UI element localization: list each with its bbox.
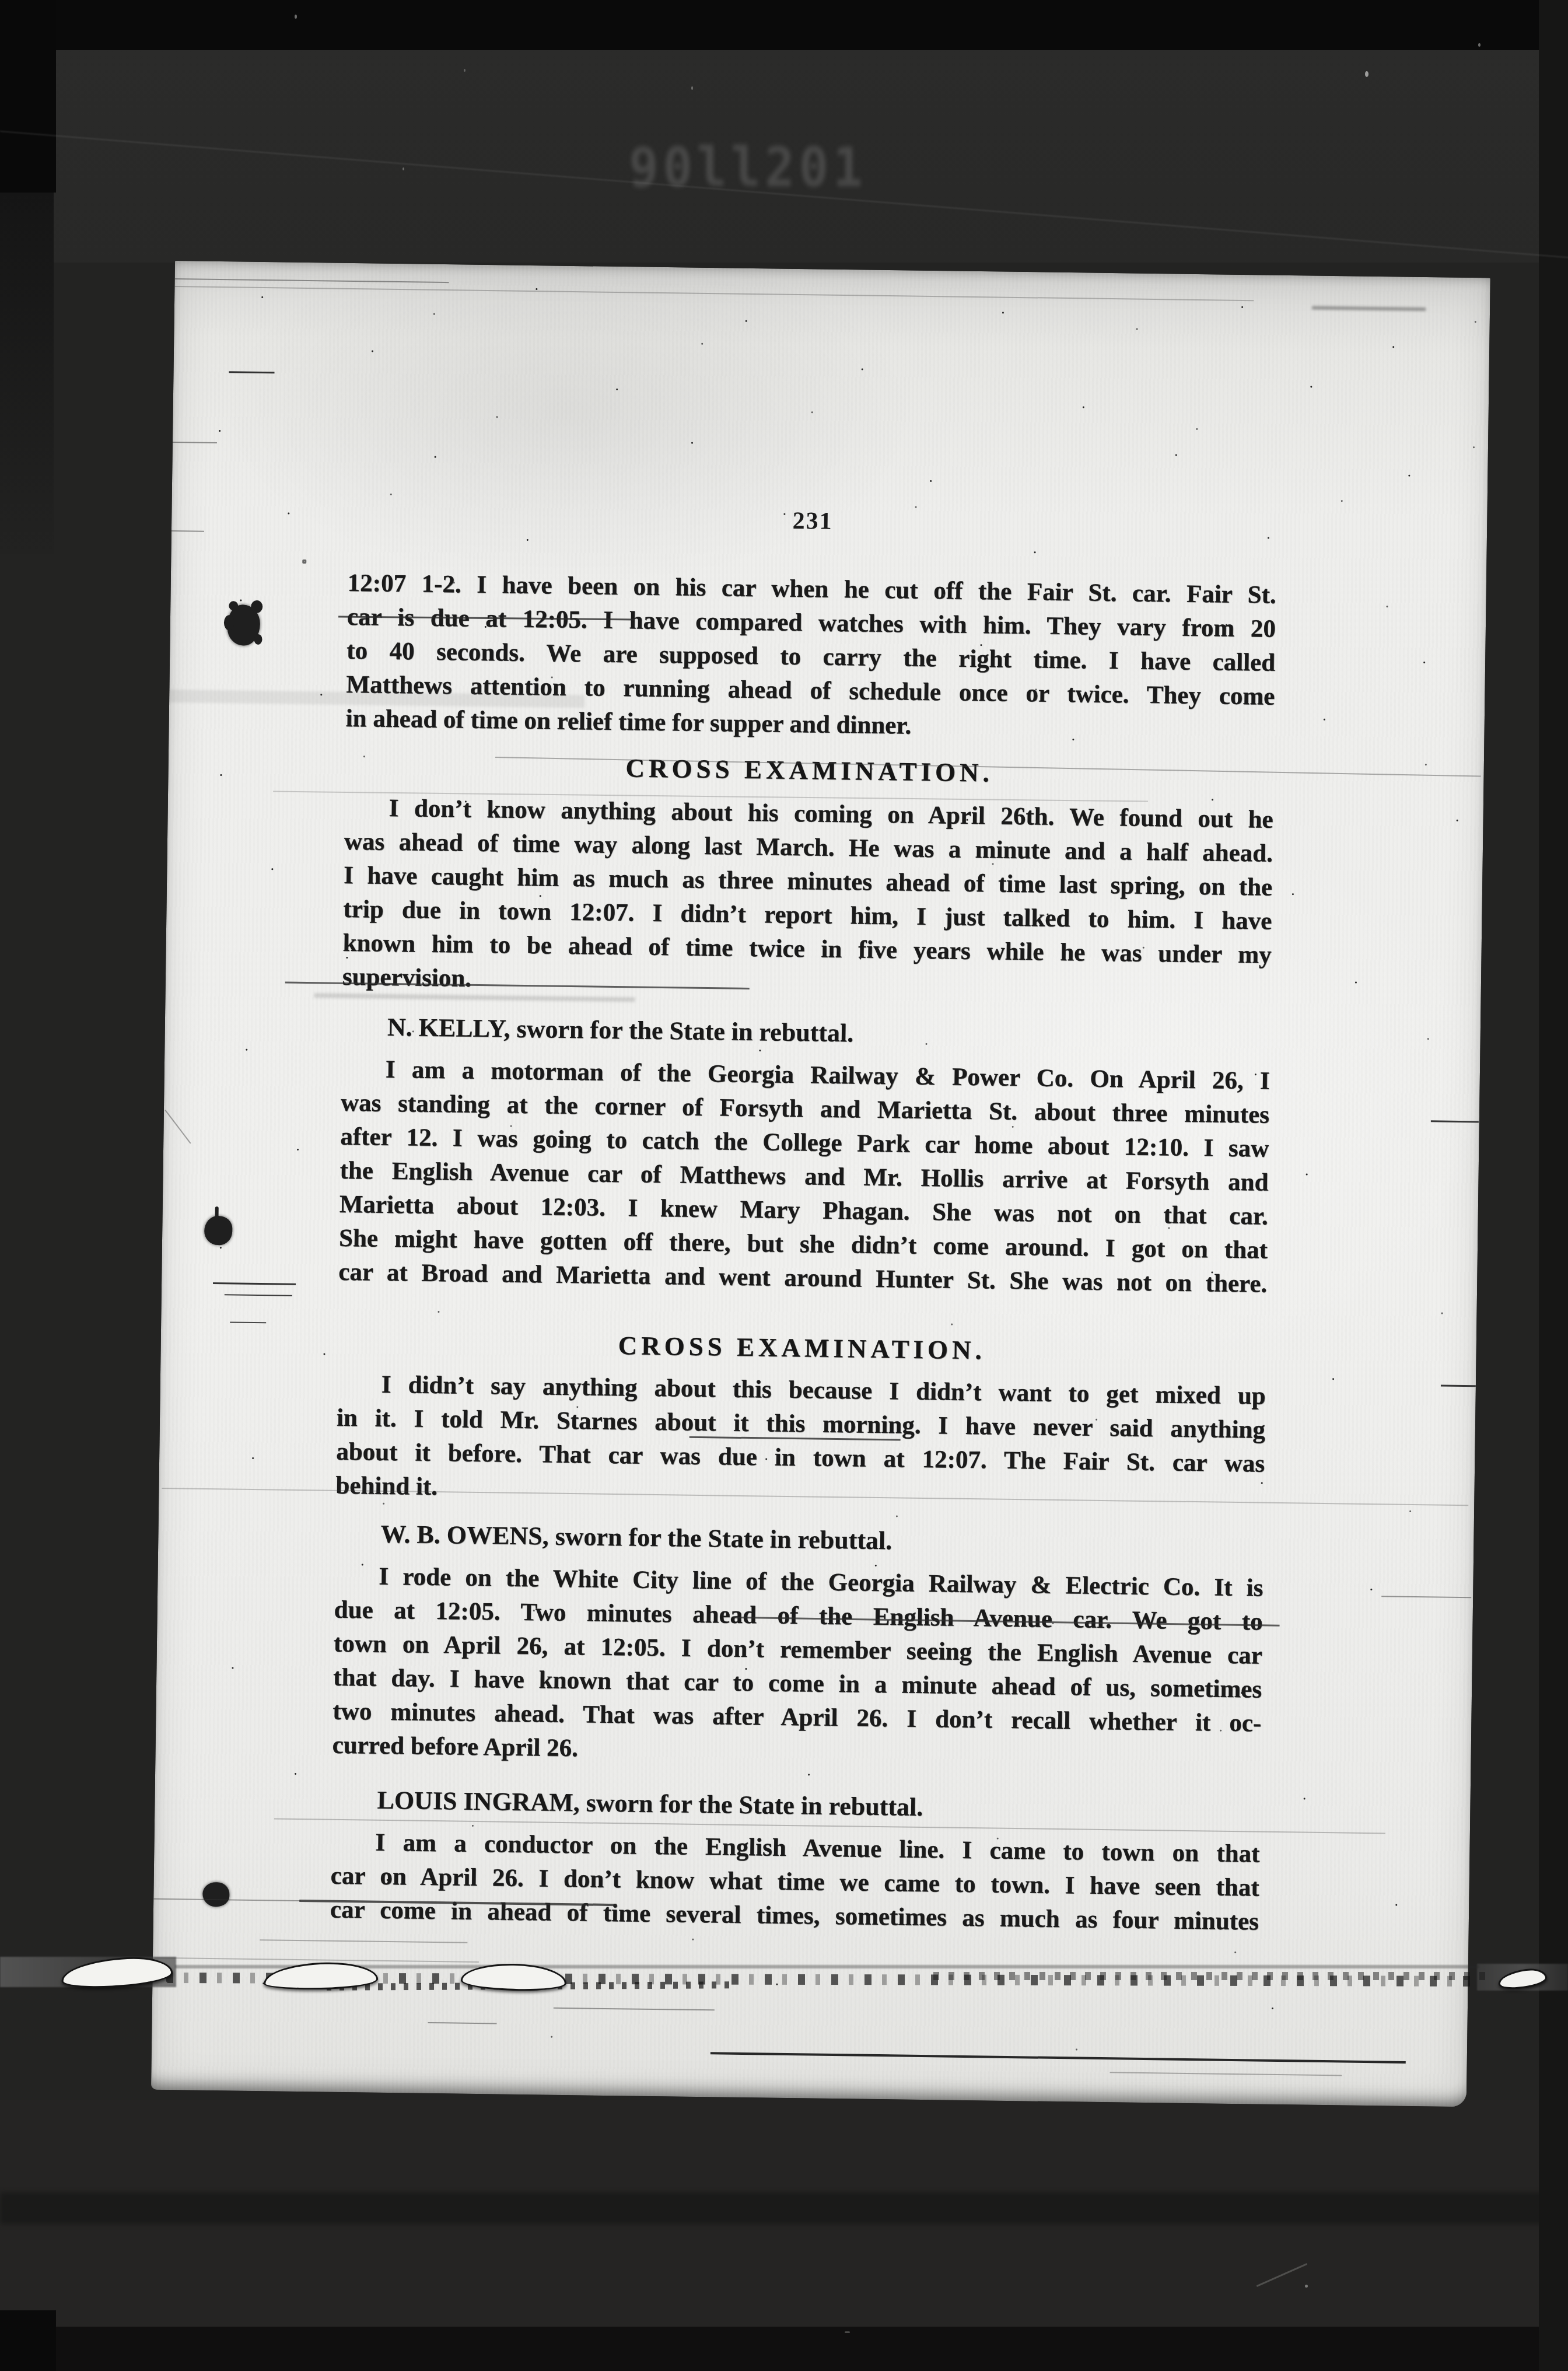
film-shadow-band bbox=[0, 2192, 1568, 2224]
scratch-line bbox=[554, 2008, 715, 2011]
cross-examination-heading: CROSS EXAMINATION. bbox=[345, 749, 1274, 792]
film-dust-speck bbox=[295, 15, 297, 19]
scratch-smudge bbox=[1312, 306, 1426, 312]
film-edge-bottom bbox=[0, 2327, 1568, 2371]
margin-dash bbox=[1441, 1385, 1476, 1387]
film-dust-speck bbox=[1305, 2285, 1308, 2288]
witness-heading-kelly: N. KELLY, sworn for the State in rebutta… bbox=[342, 1012, 1271, 1054]
film-dust-speck bbox=[845, 2331, 850, 2333]
ink-blot bbox=[204, 1216, 233, 1246]
scratch-line bbox=[174, 286, 1254, 301]
margin-dash bbox=[1431, 1120, 1479, 1122]
testimony-paragraph: 12:07 1-2. I have been on his car when h… bbox=[345, 566, 1276, 748]
scratch-line bbox=[428, 2022, 496, 2024]
testimony-paragraph: I don’t know anything about his coming o… bbox=[342, 791, 1273, 1006]
scratch-line bbox=[229, 371, 274, 373]
ink-blot bbox=[202, 1882, 230, 1907]
cross-examination-heading: CROSS EXAMINATION. bbox=[337, 1327, 1266, 1369]
document-page: 231 12:07 1-2. I have been on his car wh… bbox=[151, 261, 1490, 2107]
scratch-line bbox=[225, 1294, 292, 1296]
scratch-line bbox=[260, 1939, 467, 1943]
margin-dash bbox=[1381, 1596, 1471, 1598]
film-edge-top-left bbox=[0, 0, 56, 193]
film-edge-bottom-left bbox=[0, 2310, 56, 2371]
film-dust-speck bbox=[1365, 71, 1368, 77]
page-number: 231 bbox=[348, 501, 1277, 541]
tear-debris-texture bbox=[933, 1972, 1487, 1980]
ink-blot bbox=[227, 604, 260, 646]
scratch-line bbox=[171, 530, 204, 532]
scratch-line bbox=[1109, 2072, 1342, 2076]
film-edge-right bbox=[1539, 0, 1568, 2371]
film-edge-top bbox=[0, 0, 1568, 50]
scratch-curve bbox=[164, 1110, 191, 1144]
testimony-paragraph: I rode on the White City line of the Geo… bbox=[332, 1559, 1263, 1775]
testimony-paragraph: I am a conductor on the English Avenue l… bbox=[330, 1826, 1260, 1939]
ghost-bleedthrough-marking: 90ll201 bbox=[629, 137, 876, 207]
film-dust-speck bbox=[402, 167, 404, 170]
page-specks-layer bbox=[175, 261, 176, 261]
microfilm-frame: 90ll201 231 12:07 1-2. I have been on hi… bbox=[0, 0, 1568, 2371]
scratch-line bbox=[213, 1282, 296, 1285]
film-dust-speck bbox=[691, 86, 693, 90]
film-edge-left bbox=[0, 193, 54, 554]
scratch-line bbox=[175, 278, 449, 283]
witness-heading-owens: W. B. OWENS, sworn for the State in rebu… bbox=[335, 1519, 1264, 1561]
witness-heading-ingram: LOUIS INGRAM, sworn for the State in reb… bbox=[331, 1785, 1261, 1827]
scratch-line bbox=[230, 1321, 266, 1323]
scratch-line bbox=[155, 1957, 479, 1963]
scratch-line bbox=[710, 2052, 1406, 2064]
page-speck bbox=[304, 561, 304, 562]
film-dust-speck bbox=[464, 69, 466, 72]
scratch-line bbox=[173, 442, 217, 443]
tear-hairline bbox=[175, 1965, 1479, 1968]
film-dust-speck bbox=[1478, 43, 1480, 47]
testimony-paragraph: I am a motorman of the Georgia Railway &… bbox=[338, 1052, 1270, 1302]
